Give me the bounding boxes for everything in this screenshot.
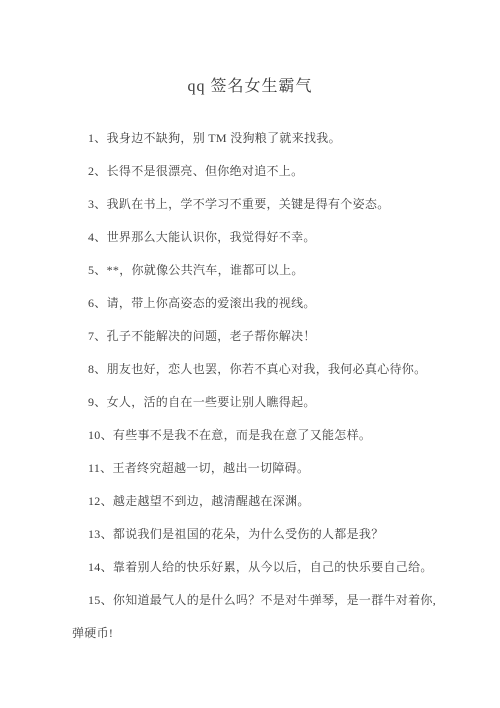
document-page: qq 签名女生霸气 1、我身边不缺狗，别 TM 没狗粮了就来找我。 2、长得不是… — [0, 0, 500, 708]
list-item-1: 1、我身边不缺狗，别 TM 没狗粮了就来找我。 — [72, 122, 460, 155]
list-item-6: 6、请，带上你高姿态的爱滚出我的视线。 — [72, 287, 460, 320]
page-title: qq 签名女生霸气 — [0, 76, 500, 98]
list-item-15: 15、你知道最气人的是什么吗？不是对牛弹琴，是一群牛对着你, 弹硬币! — [72, 584, 460, 650]
list-item-3: 3、我趴在书上，学不学习不重要，关键是得有个姿态。 — [72, 188, 460, 221]
list-item-7: 7、孔子不能解决的问题，老子帮你解决！ — [72, 320, 460, 353]
list-item-2: 2、长得不是很漂亮、但你绝对追不上。 — [72, 155, 460, 188]
list-item-5: 5、**，你就像公共汽车，谁都可以上。 — [72, 254, 460, 287]
list-item-8: 8、朋友也好，恋人也罢，你若不真心对我，我何必真心待你。 — [72, 353, 460, 386]
list-item-14: 14、靠着别人给的快乐好累，从今以后，自己的快乐要自己给。 — [72, 551, 460, 584]
list-item-4: 4、世界那么大能认识你，我觉得好不幸。 — [72, 221, 460, 254]
list-item-12: 12、越走越望不到边，越清醒越在深渊。 — [72, 485, 460, 518]
list-item-9: 9、女人，活的自在一些要让别人瞧得起。 — [72, 386, 460, 419]
signature-list: 1、我身边不缺狗，别 TM 没狗粮了就来找我。 2、长得不是很漂亮、但你绝对追不… — [0, 122, 500, 650]
list-item-10: 10、有些事不是我不在意，而是我在意了又能怎样。 — [72, 419, 460, 452]
list-item-11: 11、王者终究超越一切，越出一切障碍。 — [72, 452, 460, 485]
list-item-13: 13、都说我们是祖国的花朵，为什么受伤的人都是我？ — [72, 518, 460, 551]
